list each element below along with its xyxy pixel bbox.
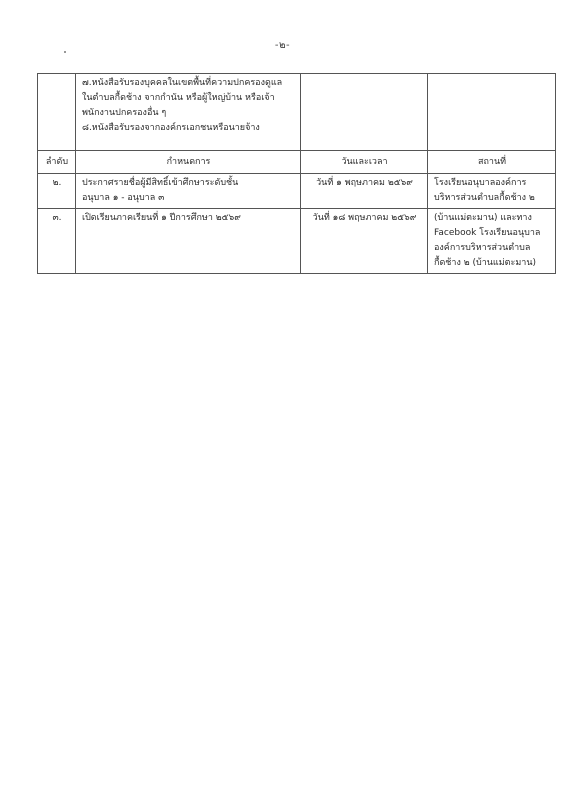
place-line: องค์การบริหารส่วนตำบล	[434, 241, 550, 256]
place-line: โรงเรียนอนุบาลองค์การ	[434, 176, 550, 191]
place-line: (บ้านแม่ตะมาน) และทาง	[434, 211, 550, 226]
page-number: -๒-	[0, 38, 565, 53]
cell-place	[428, 74, 556, 151]
activity-line: เปิดเรียนภาคเรียนที่ ๑ ปีการศึกษา ๒๕๖๙	[82, 211, 295, 226]
activity-line: อนุบาล ๑ - อนุบาล ๓	[82, 191, 295, 206]
cell-activity: ๗.หนังสือรับรองบุคคลในเขตพื้นที่ความปกคร…	[76, 74, 301, 151]
cell-place: โรงเรียนอนุบาลองค์การ บริหารส่วนตำบลกื้ด…	[428, 174, 556, 209]
activity-line: พนักงานปกครองอื่น ๆ	[82, 106, 295, 121]
header-date: วันและเวลา	[301, 151, 428, 174]
cell-activity: เปิดเรียนภาคเรียนที่ ๑ ปีการศึกษา ๒๕๖๙	[76, 209, 301, 274]
cell-date	[301, 74, 428, 151]
activity-line: ๗.หนังสือรับรองบุคคลในเขตพื้นที่ความปกคร…	[82, 76, 295, 91]
table-header-row: ลำดับ กำหนดการ วันและเวลา สถานที่	[38, 151, 556, 174]
table-row: ๒. ประกาศรายชื่อผู้มีสิทธิ์เข้าศึกษาระดั…	[38, 174, 556, 209]
header-number: ลำดับ	[38, 151, 76, 174]
cell-number: ๒.	[38, 174, 76, 209]
header-place: สถานที่	[428, 151, 556, 174]
table-row-continued: ๗.หนังสือรับรองบุคคลในเขตพื้นที่ความปกคร…	[38, 74, 556, 151]
cell-number: ๓.	[38, 209, 76, 274]
cell-place: (บ้านแม่ตะมาน) และทาง Facebook โรงเรียนอ…	[428, 209, 556, 274]
schedule-table: ๗.หนังสือรับรองบุคคลในเขตพื้นที่ความปกคร…	[37, 73, 556, 274]
activity-line: ประกาศรายชื่อผู้มีสิทธิ์เข้าศึกษาระดับชั…	[82, 176, 295, 191]
cell-date: วันที่ ๑ พฤษภาคม ๒๕๖๙	[301, 174, 428, 209]
scan-speck	[64, 51, 66, 53]
header-activity: กำหนดการ	[76, 151, 301, 174]
cell-date: วันที่ ๑๘ พฤษภาคม ๒๕๖๙	[301, 209, 428, 274]
place-line: กื้ดช้าง ๒ (บ้านแม่ตะมาน)	[434, 256, 550, 271]
place-line: บริหารส่วนตำบลกื้ดช้าง ๒	[434, 191, 550, 206]
activity-line: ในตำบลกื้ดช้าง จากกำนัน หรือผู้ใหญ่บ้าน …	[82, 91, 295, 106]
place-line: Facebook โรงเรียนอนุบาล	[434, 226, 550, 241]
cell-activity: ประกาศรายชื่อผู้มีสิทธิ์เข้าศึกษาระดับชั…	[76, 174, 301, 209]
activity-line: ๘.หนังสือรับรองจากองค์กรเอกชนหรือนายจ้าง	[82, 121, 295, 136]
table-row: ๓. เปิดเรียนภาคเรียนที่ ๑ ปีการศึกษา ๒๕๖…	[38, 209, 556, 274]
cell-number	[38, 74, 76, 151]
